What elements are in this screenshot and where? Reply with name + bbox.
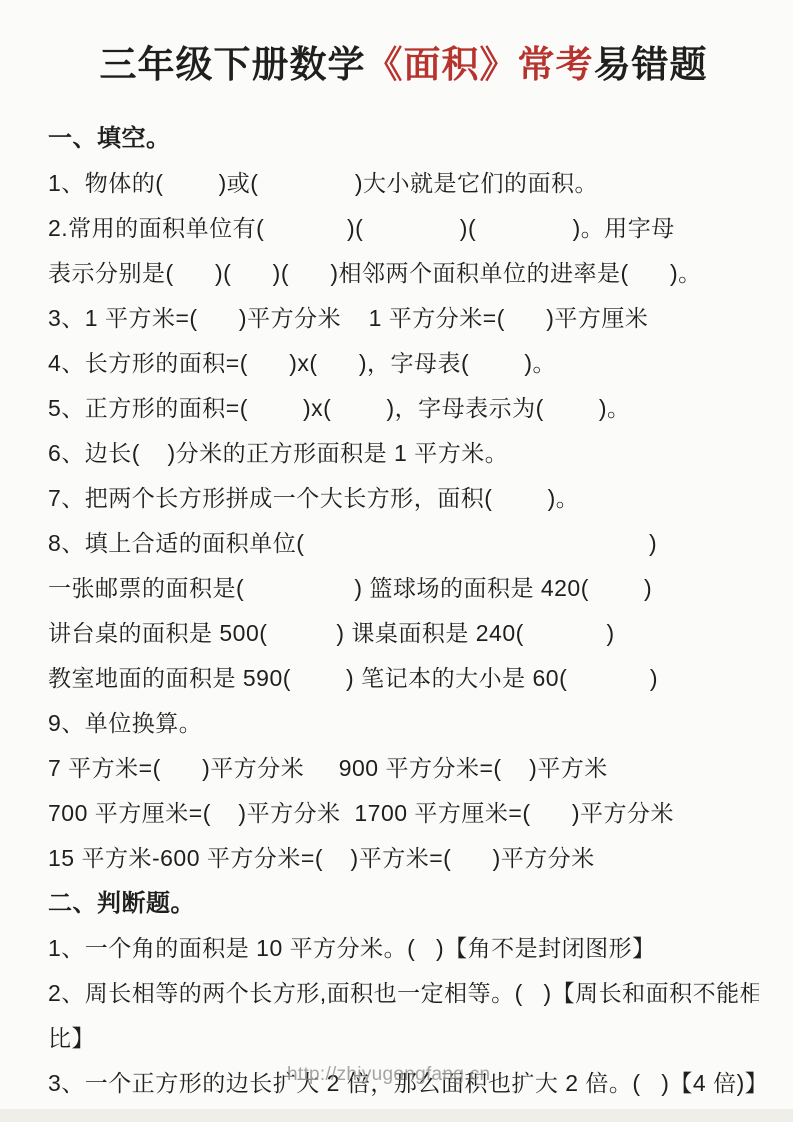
fill-item-8: 8、填上合适的面积单位( ): [48, 521, 759, 566]
fill-item-1: 1、物体的( )或( )大小就是它们的面积。: [48, 161, 759, 206]
fill-item-7: 7、把两个长方形拼成一个大长方形，面积( )。: [48, 476, 759, 521]
fill-item-2-continued: 表示分别是( )( )( )相邻两个面积单位的进率是( )。: [48, 251, 759, 296]
fill-item-9-row-1: 7 平方米=( )平方分米 900 平方分米=( )平方米: [48, 746, 759, 791]
title-black-right: 易错题: [594, 44, 708, 85]
fill-item-3: 3、1 平方米=( )平方分米 1 平方分米=( )平方厘米: [48, 296, 759, 341]
title-red-highlight: 《面积》常考: [366, 44, 594, 85]
fill-item-6: 6、边长( )分米的正方形面积是 1 平方米。: [48, 431, 759, 476]
fill-item-9-row-3: 15 平方米-600 平方分米=( )平方米=( )平方分米: [48, 836, 759, 881]
fill-item-8-row-stamp-court: 一张邮票的面积是( ) 篮球场的面积是 420( ): [48, 566, 759, 611]
fill-item-9: 9、单位换算。: [48, 701, 759, 746]
fill-item-4: 4、长方形的面积=( )x( )，字母表( )。: [48, 341, 759, 386]
title-black-left: 三年级下册数学: [100, 44, 366, 85]
fill-item-5: 5、正方形的面积=( )x( )，字母表示为( )。: [48, 386, 759, 431]
fill-item-8-row-lectern-desk: 讲台桌的面积是 500( ) 课桌面积是 240( ): [48, 611, 759, 656]
fill-item-8-row-floor-notebook: 教室地面的面积是 590( ) 笔记本的大小是 60( ): [48, 656, 759, 701]
worksheet-page: 三年级下册数学《面积》常考易错题 一、填空。 1、物体的( )或( )大小就是它…: [0, 0, 793, 1106]
section-true-false: 二、判断题。 1、一个角的面积是 10 平方分米。( )【角不是封闭图形】 2、…: [48, 881, 759, 1106]
page-title: 三年级下册数学《面积》常考易错题: [48, 34, 759, 88]
judge-item-1: 1、一个角的面积是 10 平方分米。( )【角不是封闭图形】: [48, 926, 759, 971]
fill-item-9-row-2: 700 平方厘米=( )平方分米 1700 平方厘米=( )平方分米: [48, 791, 759, 836]
section-fill-in-the-blank: 一、填空。 1、物体的( )或( )大小就是它们的面积。 2.常用的面积单位有(…: [48, 116, 759, 881]
judge-item-2: 2、周长相等的两个长方形,面积也一定相等。( )【周长和面积不能相: [48, 971, 759, 1016]
section-fill-heading: 一、填空。: [48, 116, 759, 161]
judge-item-3: 3、一个正方形的边长扩大 2 倍，那么面积也扩大 2 倍。( )【4 倍)】: [48, 1061, 759, 1106]
fill-item-2: 2.常用的面积单位有( )( )( )。用字母: [48, 206, 759, 251]
section-judge-heading: 二、判断题。: [48, 881, 759, 926]
judge-item-2-continued: 比】: [48, 1016, 759, 1061]
page-bottom-scan-edge: [0, 1109, 793, 1122]
